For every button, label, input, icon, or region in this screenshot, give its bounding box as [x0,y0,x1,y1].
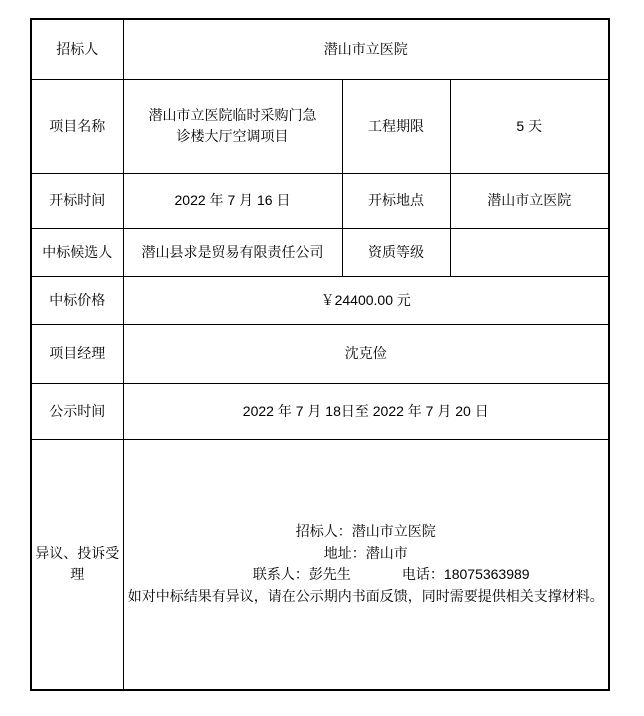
opening-time-label: 开标时间 [31,173,123,228]
qualification-label: 资质等级 [342,228,450,276]
table-row-project: 项目名称 潜山市立医院临时采购门急诊楼大厅空调项目 工程期限 5 天 [31,79,609,173]
bidder-value: 潜山市立医院 [123,19,609,79]
manager-label: 项目经理 [31,324,123,383]
bid-result-table: 招标人 潜山市立医院 项目名称 潜山市立医院临时采购门急诊楼大厅空调项目 工程期… [30,18,610,691]
complaint-note: 如对中标结果有异议，请在公示期内书面反馈，同时需要提供相关支撑材料。 [124,586,609,608]
bidder-label: 招标人 [31,19,123,79]
project-name-label: 项目名称 [31,79,123,173]
price-value: ￥24400.00 元 [123,276,609,324]
candidate-label: 中标候选人 [31,228,123,276]
table-row-publicity: 公示时间 2022 年 7 月 18日至 2022 年 7 月 20 日 [31,383,609,439]
price-label: 中标价格 [31,276,123,324]
table-row-price: 中标价格 ￥24400.00 元 [31,276,609,324]
complaint-label: 异议、投诉受理 [31,439,123,690]
qualification-value [450,228,609,276]
complaint-line-address: 地址：潜山市 [124,543,609,565]
publicity-time-value: 2022 年 7 月 18日至 2022 年 7 月 20 日 [123,383,609,439]
table-row-candidate: 中标候选人 潜山县求是贸易有限责任公司 资质等级 [31,228,609,276]
complaint-cell: 招标人：潜山市立医院 地址：潜山市 联系人：彭先生电话：18075363989 … [123,439,609,690]
complaint-line-contact-phone: 联系人：彭先生电话：18075363989 [124,564,609,586]
table-row-opening: 开标时间 2022 年 7 月 16 日 开标地点 潜山市立医院 [31,173,609,228]
opening-time-value: 2022 年 7 月 16 日 [123,173,342,228]
table-row-bidder: 招标人 潜山市立医院 [31,19,609,79]
table-row-complaint: 异议、投诉受理 招标人：潜山市立医院 地址：潜山市 联系人：彭先生电话：1807… [31,439,609,690]
bid-announcement-page: 招标人 潜山市立医院 项目名称 潜山市立医院临时采购门急诊楼大厅空调项目 工程期… [0,0,644,716]
complaint-line-bidder: 招标人：潜山市立医院 [124,521,609,543]
complaint-content: 招标人：潜山市立医院 地址：潜山市 联系人：彭先生电话：18075363989 … [124,521,609,607]
publicity-time-label: 公示时间 [31,383,123,439]
candidate-value: 潜山县求是贸易有限责任公司 [123,228,342,276]
table-row-manager: 项目经理 沈克俭 [31,324,609,383]
opening-place-label: 开标地点 [342,173,450,228]
manager-value: 沈克俭 [123,324,609,383]
duration-value: 5 天 [450,79,609,173]
complaint-contact: 联系人：彭先生 [202,564,402,586]
opening-place-value: 潜山市立医院 [450,173,609,228]
project-name-value: 潜山市立医院临时采购门急诊楼大厅空调项目 [143,105,323,147]
complaint-phone: 电话：18075363989 [402,566,530,582]
duration-label: 工程期限 [342,79,450,173]
project-name-cell: 潜山市立医院临时采购门急诊楼大厅空调项目 [123,79,342,173]
